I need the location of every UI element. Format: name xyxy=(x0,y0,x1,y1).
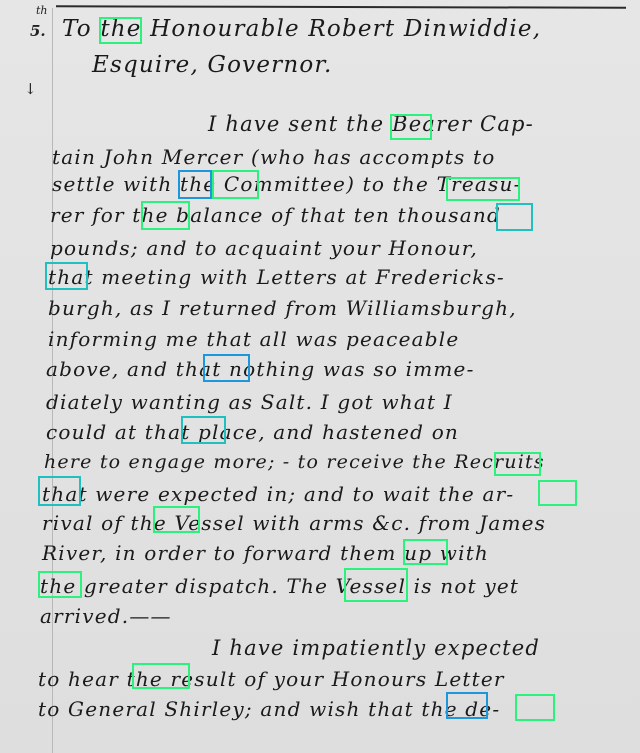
text-line: to hear the result of your Honours Lette… xyxy=(38,667,505,691)
highlight-box-that xyxy=(446,692,488,719)
highlight-box-the xyxy=(212,170,259,199)
highlight-box-the xyxy=(38,571,82,598)
highlight-box-the xyxy=(494,452,541,476)
text-line: tain John Mercer (who has accompts to xyxy=(52,145,496,169)
top-rule-line xyxy=(56,5,626,8)
highlight-box-that xyxy=(38,476,81,506)
text-line: here to engage more; - to receive the Re… xyxy=(44,451,545,473)
highlight-box-the xyxy=(390,114,432,140)
text-line: pounds; and to acquaint your Honour, xyxy=(50,236,478,260)
manuscript-page: th 5. ↓ To the Honourable Robert Dinwidd… xyxy=(0,0,640,753)
text-line: Esquire, Governor. xyxy=(92,52,333,78)
highlight-box-with xyxy=(178,170,212,199)
arrow-down-icon: ↓ xyxy=(24,80,37,98)
text-line: that were expected in; and to wait the a… xyxy=(42,482,514,506)
highlight-box-the xyxy=(344,568,408,602)
highlight-box-them xyxy=(403,539,448,565)
text-line: rer for the balance of that ten thousand xyxy=(50,203,501,227)
highlight-box-to-the xyxy=(446,177,520,201)
highlight-box-the xyxy=(99,17,142,44)
text-line: informing me that all was peaceable xyxy=(48,327,459,351)
highlight-box-that xyxy=(203,354,250,382)
highlight-box-the xyxy=(515,694,555,721)
highlight-box-the xyxy=(538,480,577,506)
highlight-box-thousand xyxy=(496,203,533,231)
highlight-box-the xyxy=(132,663,190,689)
text-line: diately wanting as Salt. I got what I xyxy=(46,390,453,414)
text-line: I have sent the Bearer Cap- xyxy=(208,112,534,136)
text-line: arrived.—— xyxy=(40,604,172,628)
text-line: rival of the Vessel with arms &c. from J… xyxy=(42,511,546,535)
text-line: to General Shirley; and wish that the de… xyxy=(38,697,500,721)
highlight-box-that xyxy=(181,416,226,444)
text-line: burgh, as I returned from Williamsburgh, xyxy=(48,296,517,320)
text-line: could at that place, and hastened on xyxy=(46,420,459,444)
text-line: the greater dispatch. The Vessel is not … xyxy=(40,574,519,598)
page-mark: th xyxy=(36,4,48,17)
highlight-box-the xyxy=(141,201,190,230)
text-line: above, and that nothing was so imme- xyxy=(46,357,475,381)
highlight-box-the xyxy=(153,506,200,533)
highlight-box-that xyxy=(45,262,88,290)
item-number: 5. xyxy=(30,22,46,40)
text-line: I have impatiently expected xyxy=(212,636,540,660)
text-line: that meeting with Letters at Fredericks- xyxy=(48,265,505,289)
